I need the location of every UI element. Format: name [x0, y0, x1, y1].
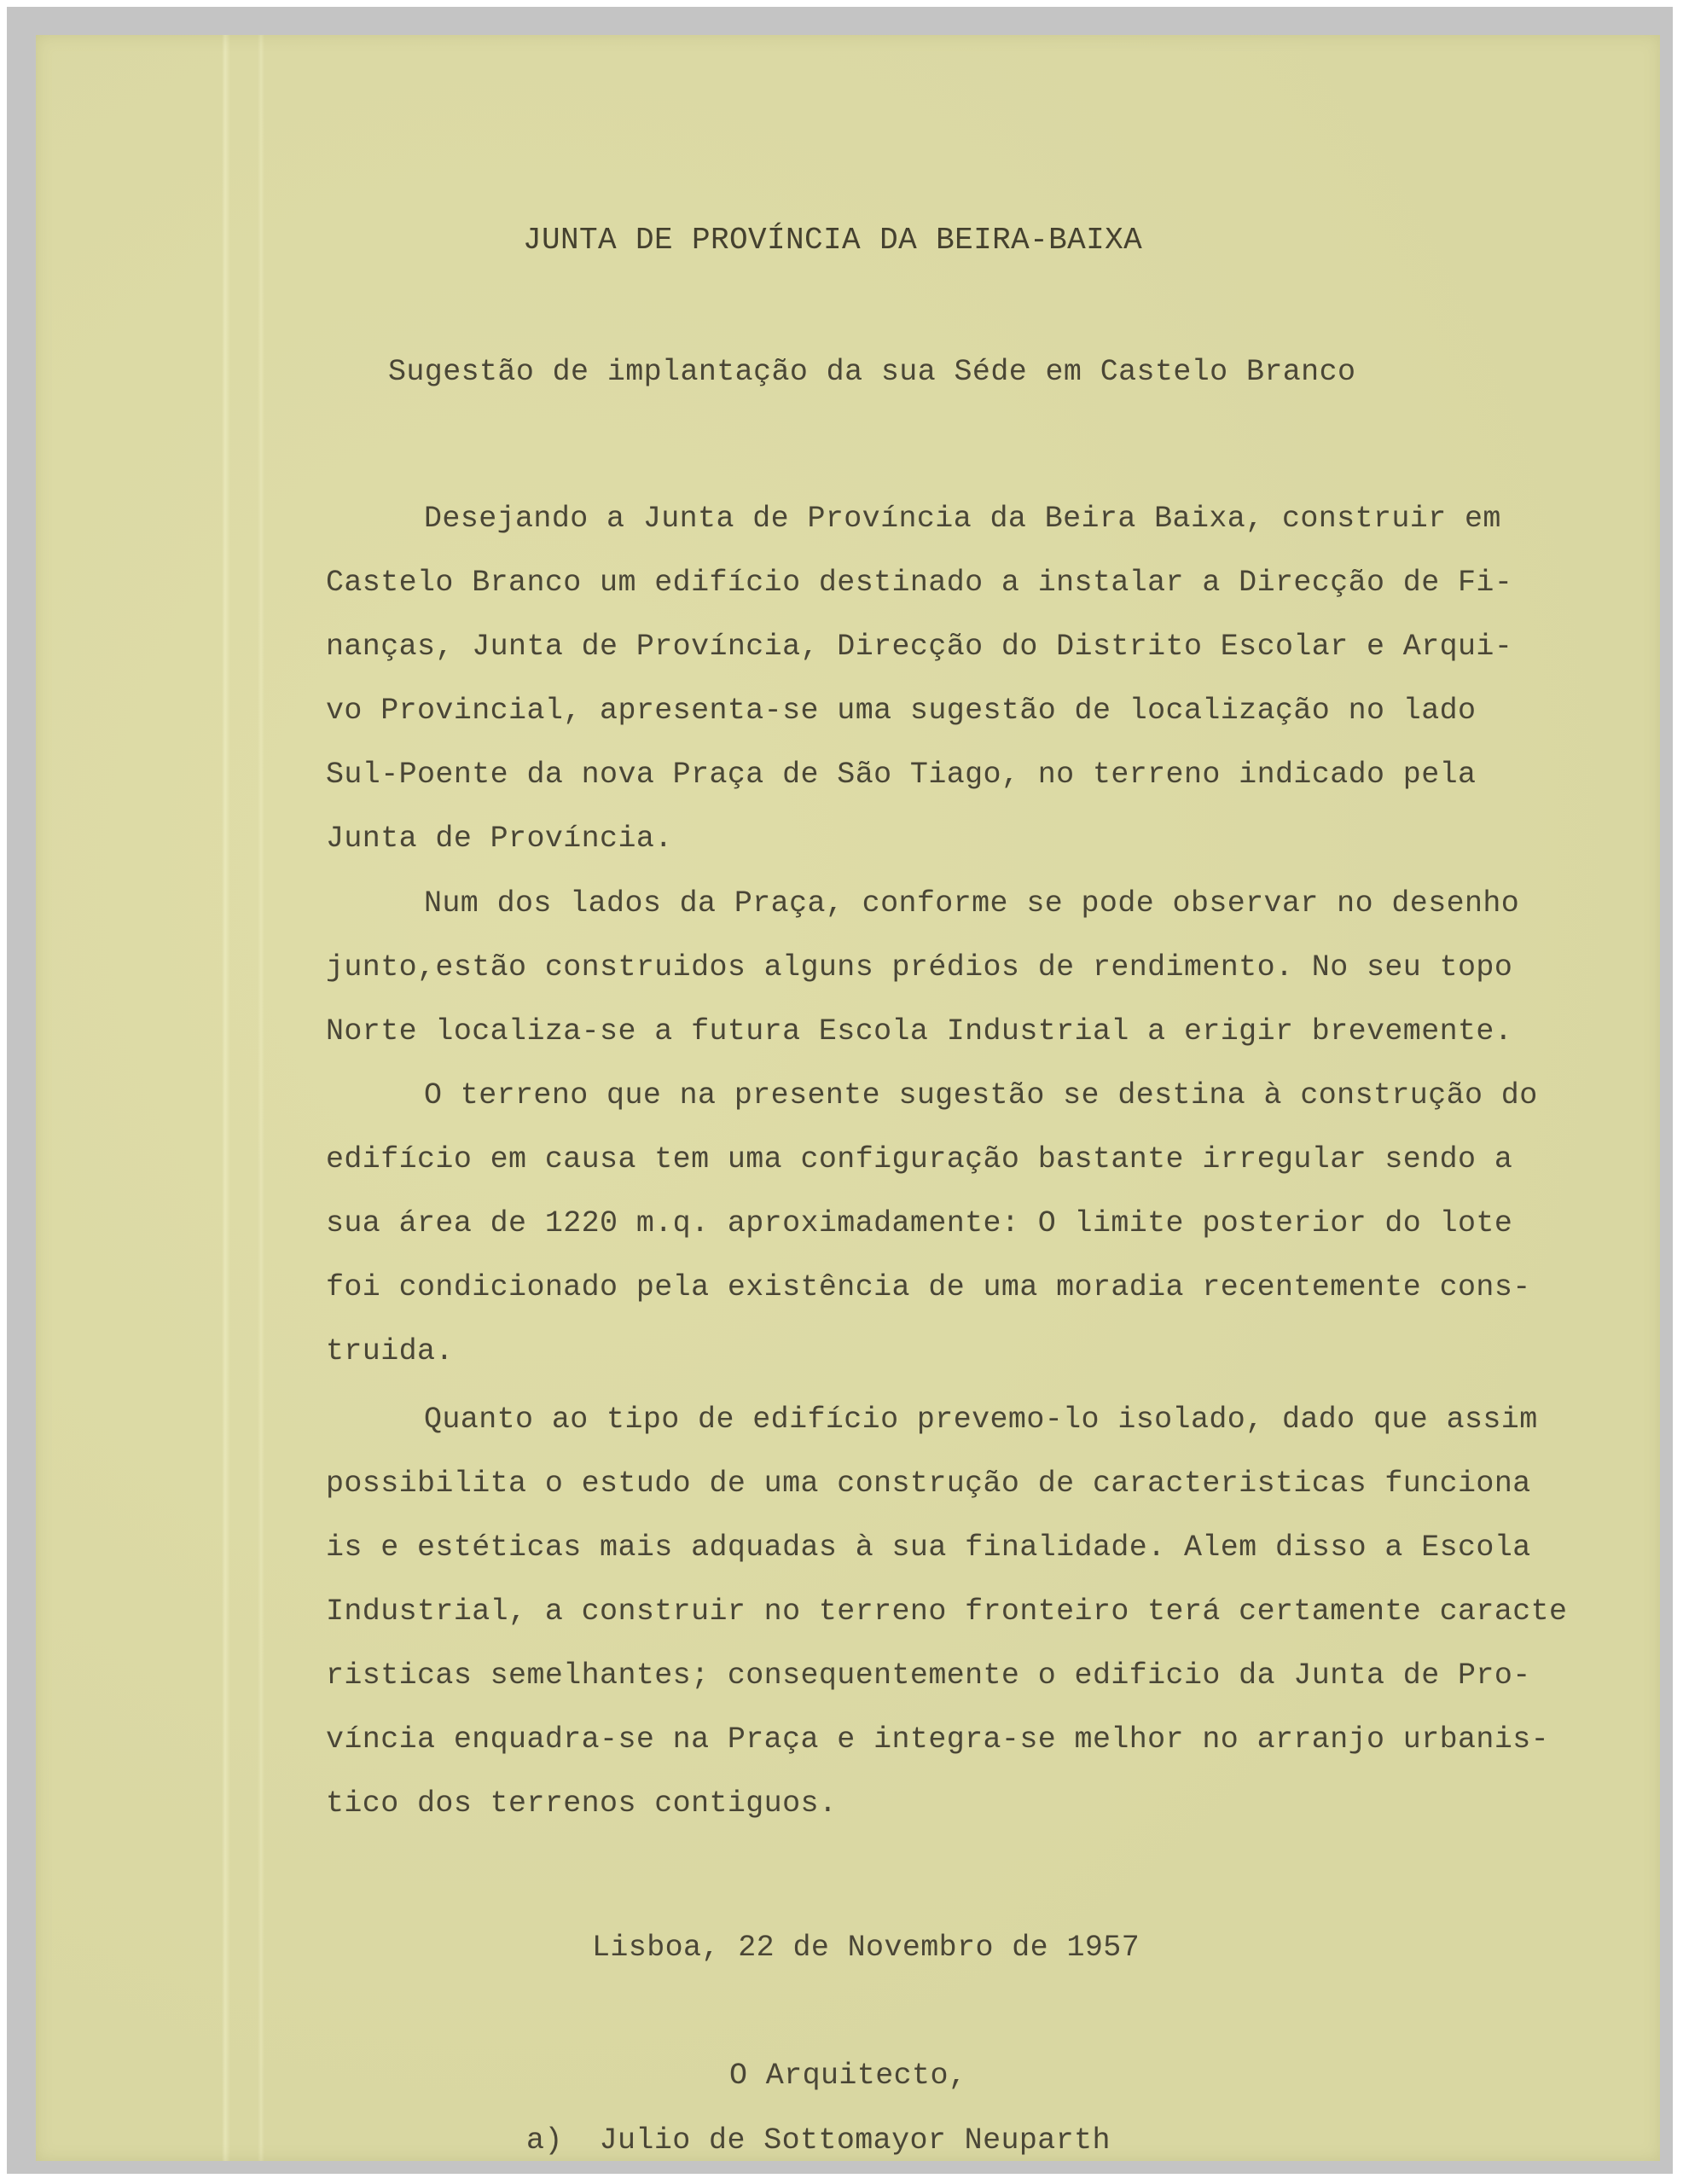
document-heading: JUNTA DE PROVÍNCIA DA BEIRA-BAIXA: [523, 223, 1142, 258]
paragraph-3-line-5: truida.: [326, 1334, 454, 1368]
typewritten-page: JUNTA DE PROVÍNCIA DA BEIRA-BAIXA Sugest…: [36, 35, 1660, 2161]
paragraph-1-line-3: nanças, Junta de Província, Direcção do …: [326, 630, 1512, 664]
paragraph-4-line-5: risticas semelhantes; consequentemente o…: [326, 1658, 1531, 1693]
paragraph-4-line-3: is e estéticas mais adquadas à sua final…: [326, 1531, 1531, 1565]
signature-role: O Arquitecto,: [729, 2059, 966, 2093]
paragraph-4-line-7: tico dos terrenos contiguos.: [326, 1786, 837, 1821]
paragraph-4-line-2: possibilita o estudo de uma construção d…: [326, 1467, 1531, 1501]
paragraph-2-line-2: junto,estão construidos alguns prédios d…: [326, 950, 1512, 985]
paragraph-1-line-6: Junta de Província.: [326, 822, 673, 856]
scan-background: JUNTA DE PROVÍNCIA DA BEIRA-BAIXA Sugest…: [7, 7, 1673, 2174]
paragraph-3-line-3: sua área de 1220 m.q. aproximadamente: O…: [326, 1206, 1512, 1240]
date-line: Lisboa, 22 de Novembro de 1957: [592, 1931, 1140, 1965]
paragraph-4-line-6: víncia enquadra-se na Praça e integra-se…: [326, 1722, 1549, 1757]
signature-name: a) Julio de Sottomayor Neuparth: [526, 2123, 1111, 2158]
paragraph-2-line-1: Num dos lados da Praça, conforme se pode…: [424, 886, 1519, 921]
document-subheading: Sugestão de implantação da sua Séde em C…: [388, 355, 1355, 389]
paragraph-1-line-5: Sul-Poente da nova Praça de São Tiago, n…: [326, 758, 1476, 792]
paragraph-3-line-4: foi condicionado pela existência de uma …: [326, 1270, 1531, 1304]
paragraph-1-line-4: vo Provincial, apresenta-se uma sugestão…: [326, 694, 1476, 728]
paragraph-3-line-1: O terreno que na presente sugestão se de…: [424, 1078, 1538, 1112]
paragraph-2-line-3: Norte localiza-se a futura Escola Indust…: [326, 1014, 1512, 1048]
paragraph-3-line-2: edifício em causa tem uma configuração b…: [326, 1142, 1512, 1176]
paragraph-1-line-2: Castelo Branco um edifício destinado a i…: [326, 566, 1512, 600]
paragraph-4-line-4: Industrial, a construir no terreno front…: [326, 1594, 1567, 1629]
paragraph-1-line-1: Desejando a Junta de Província da Beira …: [424, 502, 1501, 536]
paragraph-4-line-1: Quanto ao tipo de edifício prevemo-lo is…: [424, 1403, 1538, 1437]
